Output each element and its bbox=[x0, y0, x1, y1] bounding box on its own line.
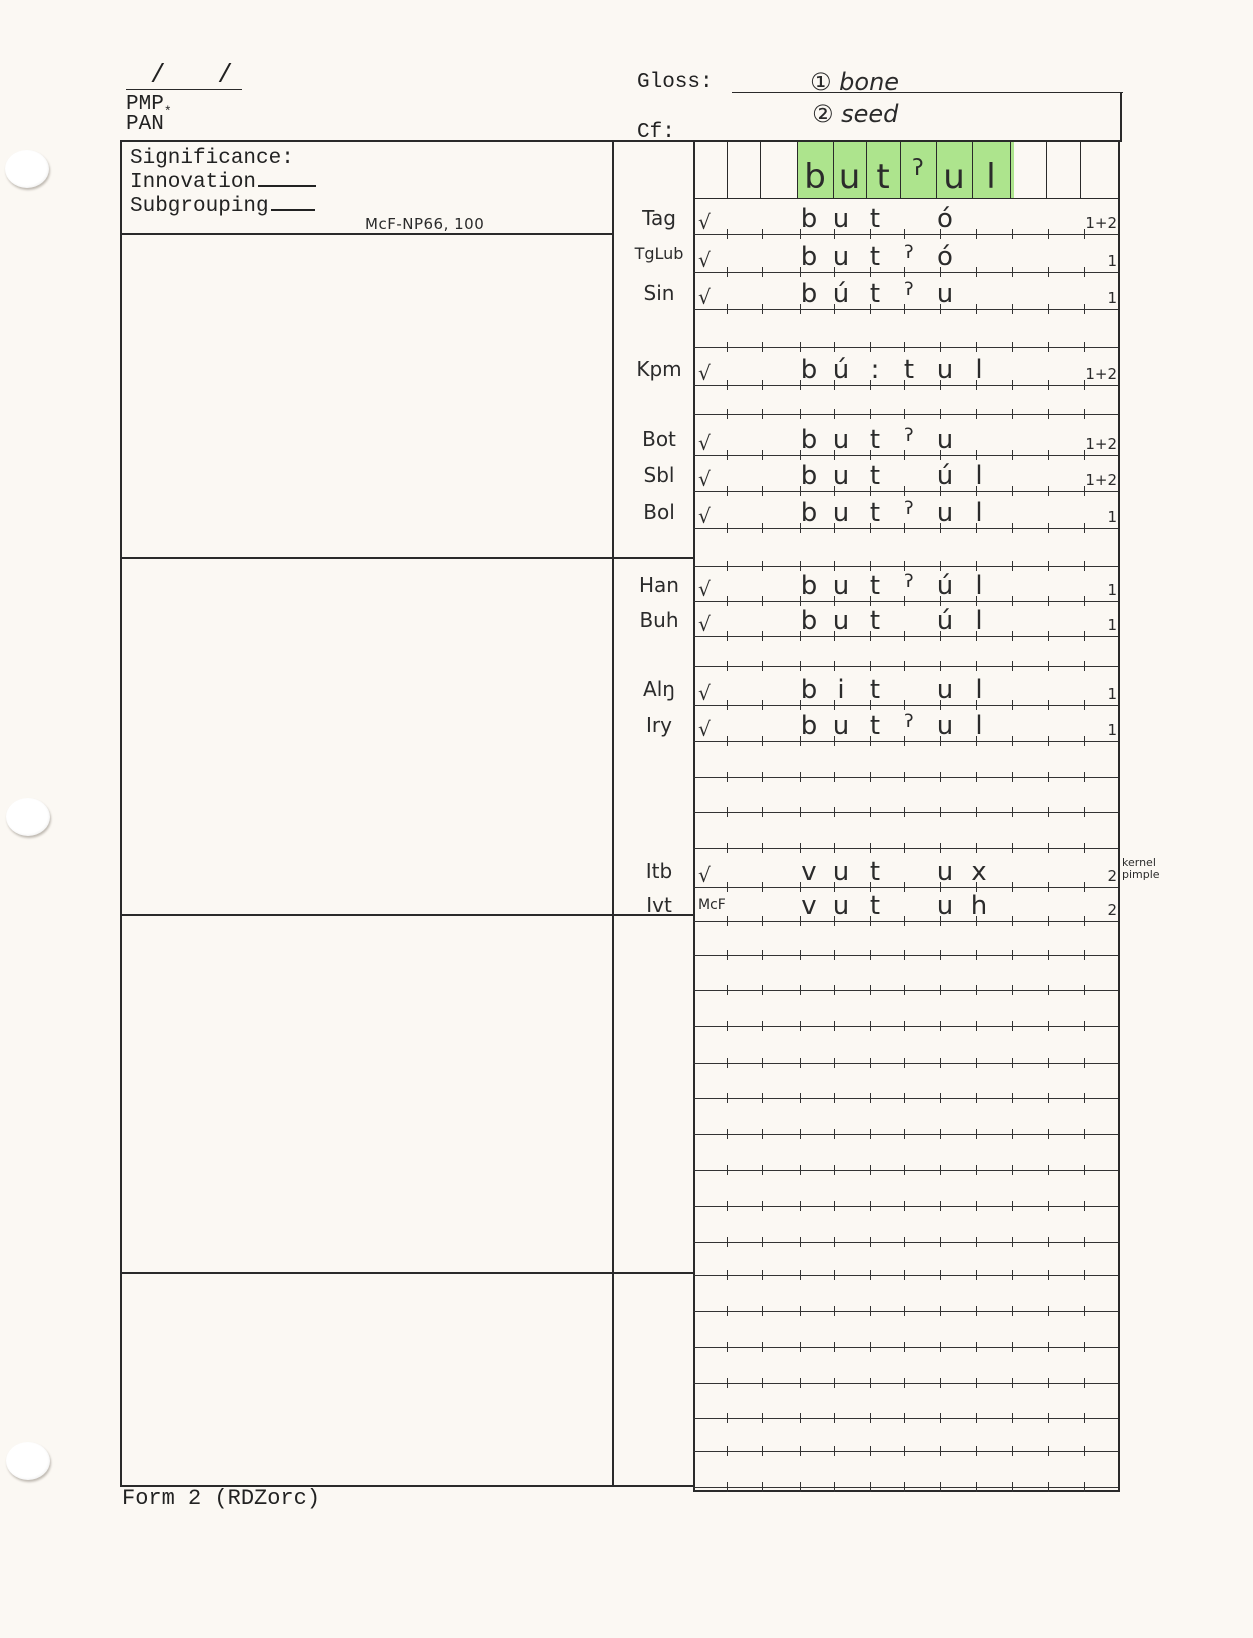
row-tick bbox=[1048, 523, 1049, 533]
check-mark: √ bbox=[698, 717, 711, 741]
reconstruction-letter: u bbox=[936, 160, 972, 194]
language-label: Han bbox=[624, 573, 694, 597]
row-tick bbox=[870, 342, 871, 352]
segment: ó bbox=[930, 206, 960, 232]
row-tick bbox=[870, 1482, 871, 1492]
row-tick bbox=[940, 409, 941, 419]
row-tick bbox=[1084, 1378, 1085, 1388]
row-tick bbox=[834, 342, 835, 352]
row-tick bbox=[800, 1237, 801, 1247]
row-tick bbox=[834, 1237, 835, 1247]
segment: t bbox=[860, 608, 890, 634]
check-mark: √ bbox=[698, 431, 711, 455]
row-tick bbox=[1048, 596, 1049, 606]
row-tick bbox=[762, 450, 763, 460]
row-tick bbox=[904, 342, 905, 352]
row-tick bbox=[940, 843, 941, 853]
subgrouping-text: Subgrouping bbox=[130, 195, 269, 218]
reconstruction-cell-bottom bbox=[693, 198, 1118, 199]
row-tick bbox=[1012, 882, 1013, 892]
row-tick bbox=[1084, 1021, 1085, 1031]
row-tick bbox=[1048, 807, 1049, 817]
check-mark: √ bbox=[698, 467, 711, 491]
row-tick bbox=[834, 772, 835, 782]
row-tick bbox=[904, 1413, 905, 1423]
significance-label: Significance: bbox=[130, 148, 294, 169]
row-tick bbox=[870, 561, 871, 571]
row-tick bbox=[940, 1021, 941, 1031]
row-tick bbox=[800, 1058, 801, 1068]
row-rule bbox=[693, 990, 1118, 991]
row-tick bbox=[976, 772, 977, 782]
row-tick bbox=[1048, 1306, 1049, 1316]
row-tick bbox=[727, 700, 728, 710]
row-tick bbox=[976, 1129, 977, 1139]
row-tick bbox=[940, 661, 941, 671]
row-tick bbox=[976, 1237, 977, 1247]
punch-hole-top bbox=[5, 150, 49, 188]
row-tick bbox=[1084, 950, 1085, 960]
row-tick bbox=[762, 409, 763, 419]
row-tick bbox=[762, 1270, 763, 1280]
row-tick bbox=[976, 450, 977, 460]
punch-hole-bottom bbox=[6, 1442, 50, 1480]
row-tick bbox=[1012, 1058, 1013, 1068]
row-rule bbox=[693, 566, 1118, 567]
row-tick bbox=[800, 1446, 801, 1456]
row-tick bbox=[904, 631, 905, 641]
row-tick bbox=[762, 950, 763, 960]
row-tick bbox=[940, 1093, 941, 1103]
segment: ú bbox=[930, 463, 960, 489]
row-tick bbox=[870, 1093, 871, 1103]
row-tick bbox=[1012, 486, 1013, 496]
row-tick bbox=[940, 1237, 941, 1247]
row-tick bbox=[727, 486, 728, 496]
row-tick bbox=[1048, 1446, 1049, 1456]
row-tick bbox=[904, 661, 905, 671]
row-tick bbox=[1048, 304, 1049, 314]
check-mark: √ bbox=[698, 248, 711, 272]
row-tick bbox=[1012, 1482, 1013, 1492]
segment: b bbox=[794, 244, 824, 270]
gloss-box-right bbox=[1120, 92, 1122, 142]
row-tick bbox=[762, 882, 763, 892]
row-tick bbox=[870, 807, 871, 817]
row-rule bbox=[693, 491, 1118, 492]
row-tick bbox=[1048, 267, 1049, 277]
row-tick bbox=[762, 561, 763, 571]
row-tick bbox=[904, 700, 905, 710]
segment: t bbox=[860, 677, 890, 703]
row-tick bbox=[870, 661, 871, 671]
reference-number: 1 bbox=[1107, 721, 1117, 739]
segment: ʔ bbox=[894, 281, 924, 299]
row-tick bbox=[727, 882, 728, 892]
reference-number: 2 bbox=[1107, 901, 1117, 919]
row-tick bbox=[1048, 772, 1049, 782]
segment: b bbox=[794, 463, 824, 489]
row-tick bbox=[834, 1093, 835, 1103]
row-tick bbox=[800, 950, 801, 960]
language-label: Iry bbox=[624, 713, 694, 737]
row-tick bbox=[727, 1129, 728, 1139]
row-tick bbox=[762, 736, 763, 746]
row-tick bbox=[904, 1093, 905, 1103]
segment: u bbox=[826, 206, 856, 232]
row-tick bbox=[976, 661, 977, 671]
segment: u bbox=[930, 713, 960, 739]
row-tick bbox=[1084, 596, 1085, 606]
row-tick bbox=[727, 950, 728, 960]
row-tick bbox=[1012, 409, 1013, 419]
row-tick bbox=[727, 1201, 728, 1211]
gloss-value-2: ② seed bbox=[812, 100, 898, 128]
row-tick bbox=[762, 1165, 763, 1175]
row-tick bbox=[1012, 267, 1013, 277]
row-tick bbox=[762, 807, 763, 817]
row-tick bbox=[940, 1129, 941, 1139]
row-tick bbox=[800, 1413, 801, 1423]
row-rule bbox=[693, 1242, 1118, 1243]
row-tick bbox=[1084, 1446, 1085, 1456]
row-tick bbox=[976, 1378, 977, 1388]
form-right-border bbox=[1118, 140, 1120, 1492]
language-label: Alŋ bbox=[624, 677, 694, 701]
segment: u bbox=[930, 859, 960, 885]
row-tick bbox=[1048, 1378, 1049, 1388]
row-tick bbox=[1084, 700, 1085, 710]
segment: u bbox=[930, 427, 960, 453]
reference-number: 1+2 bbox=[1085, 471, 1117, 489]
row-rule bbox=[693, 955, 1118, 956]
row-rule bbox=[693, 1383, 1118, 1384]
row-tick bbox=[870, 1165, 871, 1175]
segment: u bbox=[826, 463, 856, 489]
row-tick bbox=[976, 1482, 977, 1492]
row-tick bbox=[1048, 229, 1049, 239]
row-tick bbox=[1048, 1237, 1049, 1247]
row-tick bbox=[1084, 1058, 1085, 1068]
row-tick bbox=[904, 1342, 905, 1352]
row-tick bbox=[1012, 1237, 1013, 1247]
reconstruction-letter: u bbox=[833, 160, 866, 194]
punch-hole-middle bbox=[6, 798, 50, 836]
row-tick bbox=[727, 807, 728, 817]
segment: u bbox=[930, 500, 960, 526]
row-tick bbox=[1084, 1093, 1085, 1103]
innovation-blank[interactable] bbox=[258, 185, 316, 187]
row-tick bbox=[727, 916, 728, 926]
row-tick bbox=[870, 1201, 871, 1211]
row-tick bbox=[976, 985, 977, 995]
row-tick bbox=[800, 1201, 801, 1211]
row-tick bbox=[834, 1446, 835, 1456]
row-tick bbox=[800, 843, 801, 853]
row-rule bbox=[693, 1206, 1118, 1207]
row-tick bbox=[834, 1129, 835, 1139]
check-mark: McF bbox=[698, 897, 726, 913]
segment: t bbox=[860, 573, 890, 599]
language-label: Bot bbox=[624, 427, 694, 451]
row-tick bbox=[1048, 916, 1049, 926]
row-tick bbox=[762, 596, 763, 606]
row-tick bbox=[834, 1270, 835, 1280]
language-label: Ivt bbox=[624, 893, 694, 917]
row-tick bbox=[976, 1270, 977, 1280]
segment: ú bbox=[826, 357, 856, 383]
row-tick bbox=[1084, 985, 1085, 995]
segment: b bbox=[794, 677, 824, 703]
row-tick bbox=[1012, 1446, 1013, 1456]
row-tick bbox=[762, 1021, 763, 1031]
row-tick bbox=[800, 772, 801, 782]
row-tick bbox=[904, 1165, 905, 1175]
row-tick bbox=[976, 229, 977, 239]
row-tick bbox=[1012, 843, 1013, 853]
row-tick bbox=[1048, 631, 1049, 641]
row-tick bbox=[940, 807, 941, 817]
row-tick bbox=[976, 1058, 977, 1068]
segment: b bbox=[794, 573, 824, 599]
row-tick bbox=[762, 380, 763, 390]
row-tick bbox=[1012, 561, 1013, 571]
row-tick bbox=[1048, 1058, 1049, 1068]
row-rule bbox=[693, 1098, 1118, 1099]
subgrouping-label: Subgrouping bbox=[130, 196, 315, 217]
row-tick bbox=[727, 596, 728, 606]
row-tick bbox=[762, 523, 763, 533]
row-tick bbox=[1048, 1165, 1049, 1175]
check-mark: √ bbox=[698, 285, 711, 309]
row-tick bbox=[1084, 1201, 1085, 1211]
row-tick bbox=[940, 561, 941, 571]
row-tick bbox=[762, 1378, 763, 1388]
row-tick bbox=[1048, 1482, 1049, 1492]
row-tick bbox=[727, 661, 728, 671]
row-tick bbox=[1084, 772, 1085, 782]
row-tick bbox=[904, 1058, 905, 1068]
row-tick bbox=[762, 1482, 763, 1492]
reference-number: 1 bbox=[1107, 581, 1117, 599]
row-tick bbox=[940, 985, 941, 995]
row-tick bbox=[904, 267, 905, 277]
row-tick bbox=[1012, 772, 1013, 782]
row-tick bbox=[1012, 1378, 1013, 1388]
row-tick bbox=[800, 1270, 801, 1280]
reference-number: 1+2 bbox=[1085, 435, 1117, 453]
row-tick bbox=[1084, 1482, 1085, 1492]
segment: ʔ bbox=[894, 713, 924, 731]
row-rule bbox=[693, 848, 1118, 849]
row-tick bbox=[800, 1165, 801, 1175]
row-tick bbox=[727, 772, 728, 782]
row-tick bbox=[1048, 1129, 1049, 1139]
row-tick bbox=[976, 950, 977, 960]
segment: t bbox=[860, 281, 890, 307]
segment: t bbox=[860, 427, 890, 453]
row-tick bbox=[904, 882, 905, 892]
row-tick bbox=[1012, 229, 1013, 239]
row-tick bbox=[834, 1413, 835, 1423]
row-tick bbox=[1048, 450, 1049, 460]
row-tick bbox=[727, 380, 728, 390]
row-tick bbox=[762, 1306, 763, 1316]
reconstruction-letter: ʔ bbox=[900, 158, 936, 180]
row-tick bbox=[762, 631, 763, 641]
pmp-label: PMP* bbox=[126, 94, 172, 115]
row-rule bbox=[693, 1451, 1118, 1452]
row-tick bbox=[870, 1129, 871, 1139]
row-tick bbox=[1012, 304, 1013, 314]
form-bottom-border-right bbox=[693, 1490, 1120, 1492]
segment: ú bbox=[930, 573, 960, 599]
row-tick bbox=[870, 1021, 871, 1031]
row-tick bbox=[1012, 596, 1013, 606]
row-tick bbox=[1084, 1270, 1085, 1280]
row-rule bbox=[693, 601, 1118, 602]
row-rule bbox=[693, 1026, 1118, 1027]
row-tick bbox=[1012, 450, 1013, 460]
row-tick bbox=[976, 267, 977, 277]
row-tick bbox=[1084, 631, 1085, 641]
row-tick bbox=[870, 1270, 871, 1280]
row-tick bbox=[834, 985, 835, 995]
row-tick bbox=[1012, 700, 1013, 710]
row-tick bbox=[940, 1413, 941, 1423]
row-tick bbox=[1084, 916, 1085, 926]
innovation-label: Innovation bbox=[130, 172, 316, 193]
segment: ú bbox=[826, 281, 856, 307]
row-tick bbox=[1048, 342, 1049, 352]
segment: u bbox=[826, 244, 856, 270]
segment: b bbox=[794, 500, 824, 526]
row-tick bbox=[1012, 950, 1013, 960]
row-tick bbox=[976, 1165, 977, 1175]
row-rule bbox=[693, 385, 1118, 386]
row-tick bbox=[904, 843, 905, 853]
row-tick bbox=[1048, 950, 1049, 960]
row-tick bbox=[762, 700, 763, 710]
row-tick bbox=[976, 1413, 977, 1423]
gloss-label: Gloss: bbox=[637, 72, 713, 93]
row-tick bbox=[1012, 916, 1013, 926]
row-tick bbox=[940, 1270, 941, 1280]
segment: t bbox=[860, 500, 890, 526]
row-tick bbox=[1084, 1413, 1085, 1423]
row-tick bbox=[1012, 1201, 1013, 1211]
row-tick bbox=[870, 409, 871, 419]
row-tick bbox=[727, 1342, 728, 1352]
subgrouping-blank[interactable] bbox=[271, 209, 315, 211]
row-tick bbox=[1012, 1306, 1013, 1316]
row-tick bbox=[904, 1378, 905, 1388]
row-tick bbox=[904, 916, 905, 926]
row-tick bbox=[870, 772, 871, 782]
row-tick bbox=[1048, 843, 1049, 853]
reconstruction-cell-divider bbox=[760, 140, 761, 198]
reference-number: 2 bbox=[1107, 867, 1117, 885]
row-tick bbox=[904, 229, 905, 239]
row-tick bbox=[904, 1237, 905, 1247]
row-tick bbox=[727, 561, 728, 571]
segment: ʔ bbox=[894, 427, 924, 445]
row-tick bbox=[762, 342, 763, 352]
check-mark: √ bbox=[698, 681, 711, 705]
row-tick bbox=[1084, 736, 1085, 746]
row-tick bbox=[1084, 523, 1085, 533]
row-tick bbox=[1084, 304, 1085, 314]
reference-number: 1 bbox=[1107, 252, 1117, 270]
language-label: Sbl bbox=[624, 463, 694, 487]
row-tick bbox=[976, 1446, 977, 1456]
row-tick bbox=[1012, 1021, 1013, 1031]
check-mark: √ bbox=[698, 210, 711, 234]
row-tick bbox=[1084, 1237, 1085, 1247]
row-tick bbox=[1048, 1413, 1049, 1423]
segment: x bbox=[964, 859, 994, 885]
reconstruction-cell-divider bbox=[1010, 140, 1011, 198]
row-rule bbox=[693, 921, 1118, 922]
language-label: TgLub bbox=[624, 244, 694, 263]
row-tick bbox=[870, 1306, 871, 1316]
segment: : bbox=[860, 357, 890, 383]
row-tick bbox=[727, 229, 728, 239]
row-tick bbox=[727, 523, 728, 533]
row-tick bbox=[762, 1058, 763, 1068]
row-tick bbox=[1048, 1021, 1049, 1031]
row-rule bbox=[693, 1347, 1118, 1348]
row-tick bbox=[1012, 985, 1013, 995]
row-tick bbox=[1012, 1413, 1013, 1423]
row-rule bbox=[693, 666, 1118, 667]
segment: u bbox=[930, 677, 960, 703]
row-rule bbox=[693, 1134, 1118, 1135]
row-rule bbox=[693, 741, 1118, 742]
segment: ʔ bbox=[894, 244, 924, 262]
row-tick bbox=[1084, 882, 1085, 892]
left-panel-rule-4 bbox=[120, 1272, 694, 1274]
reference-number: 1 bbox=[1107, 289, 1117, 307]
row-tick bbox=[762, 304, 763, 314]
language-label: Kpm bbox=[624, 357, 694, 381]
row-tick bbox=[1084, 342, 1085, 352]
segment: u bbox=[826, 573, 856, 599]
segment: ʔ bbox=[894, 500, 924, 518]
row-tick bbox=[762, 229, 763, 239]
row-tick bbox=[800, 1093, 801, 1103]
language-label: Tag bbox=[624, 206, 694, 230]
reference-number: 1 bbox=[1107, 616, 1117, 634]
row-tick bbox=[762, 486, 763, 496]
row-tick bbox=[940, 1482, 941, 1492]
left-panel-rule-3 bbox=[120, 914, 694, 916]
row-tick bbox=[976, 1342, 977, 1352]
row-tick bbox=[1012, 523, 1013, 533]
row-tick bbox=[727, 267, 728, 277]
row-tick bbox=[904, 1306, 905, 1316]
row-tick bbox=[1048, 661, 1049, 671]
row-tick bbox=[1048, 1093, 1049, 1103]
segment: l bbox=[964, 608, 994, 634]
row-tick bbox=[1084, 807, 1085, 817]
row-tick bbox=[762, 1446, 763, 1456]
row-tick bbox=[834, 409, 835, 419]
reference-number: 1+2 bbox=[1085, 214, 1117, 232]
segment: u bbox=[930, 893, 960, 919]
check-mark: √ bbox=[698, 504, 711, 528]
row-tick bbox=[904, 807, 905, 817]
